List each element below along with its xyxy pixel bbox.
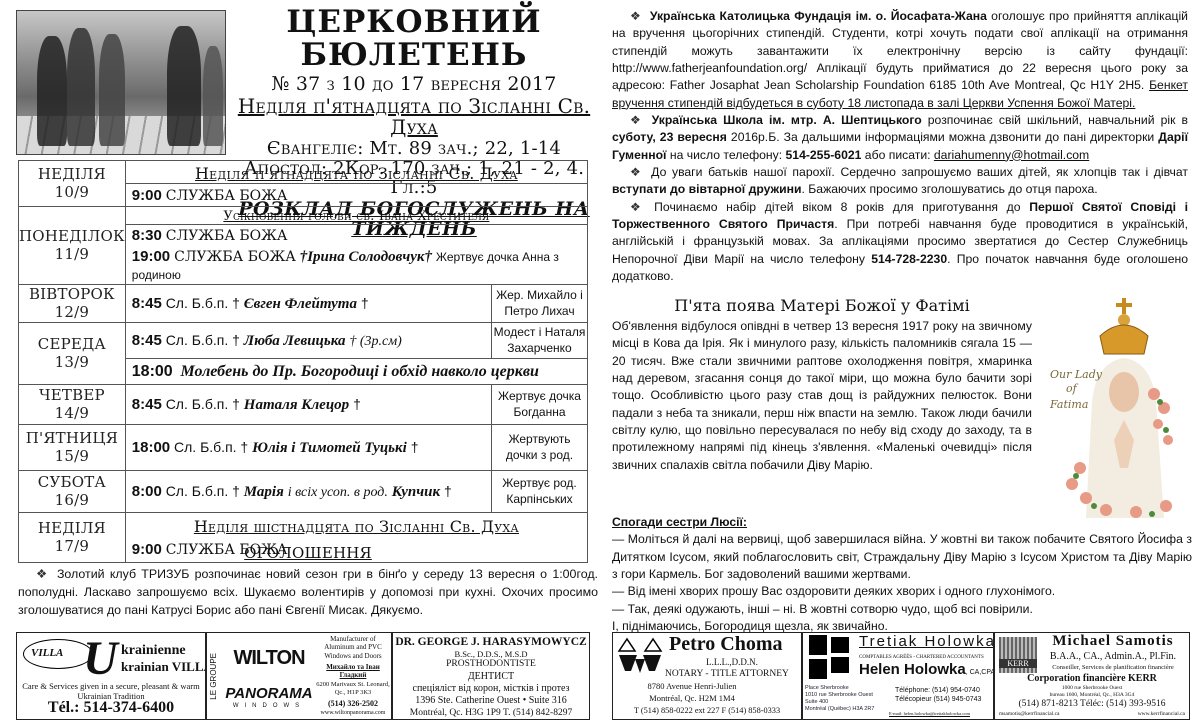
kerr-logo: KERR <box>999 659 1037 668</box>
advisor-name: Michael Samotis <box>1039 633 1187 650</box>
villa-line2: krainian VILLA <box>121 659 206 675</box>
announcement-school: ❖Українська Школа ім. мтр. А. Шептицьког… <box>612 112 1188 164</box>
accountant-credentials: , CA,CPA <box>966 669 994 676</box>
address-line: 1010 rue Sherbrooke Ouest <box>805 692 885 699</box>
schedule-row-sunday: НЕДІЛЯ10/9 Неділя п'ятнадцята по Зісланн… <box>19 161 588 184</box>
address-line: Montréal (Québec) H3A 2R7 <box>805 706 885 713</box>
donor: Жертвує дочка Богданна <box>492 385 588 425</box>
feast-title: Неділя шістнадцята по Зісланні Св. Духа <box>125 513 587 538</box>
intention-name: Юлія і Тимотей Туцькі <box>252 440 407 456</box>
feast-title: Неділя п'ятнадцята по Зісланні Св. Духа <box>125 161 587 184</box>
ad-petro-choma: Petro Choma L.L.L.,D.D.N. NOTARY - TITLE… <box>612 632 802 720</box>
weekly-schedule-table: НЕДІЛЯ10/9 Неділя п'ятнадцята по Зісланн… <box>18 160 588 563</box>
ad-dentist-harasymowycz: DR. GEORGE J. HARASYMOWYCZ B.Sc., D.D.S.… <box>392 632 590 720</box>
announcement-text: Починаємо набір дітей віком 8 років для … <box>654 200 1029 214</box>
diamond-bullet-icon: ❖ <box>630 9 642 23</box>
service-time: 8:30 <box>132 227 162 244</box>
windows-label: WINDOWS <box>223 703 315 709</box>
address-line: Suite 400 <box>805 699 885 706</box>
service-time: 8:45 <box>132 295 162 312</box>
firm-subtitle: COMPTABLES AGRÉÉS - CHARTERED ACCOUNTANT… <box>859 655 984 660</box>
donor: Модест і Наталя Захарченко <box>492 323 588 359</box>
right-announcements: ❖Українська Католицька Фундація ім. о. Й… <box>612 8 1188 285</box>
dentist-address: 1396 Ste. Catherine Ouest • Suite 316 <box>393 695 589 707</box>
announcement-text: розпочинає свій шкільний, навчальний рік… <box>922 113 1188 127</box>
donor: Жертвує род. Карпінських <box>492 471 588 513</box>
day-name: ВІВТОРОК <box>29 285 115 303</box>
advisor-website-link[interactable]: www.kerrfinancial.ca <box>1138 711 1185 717</box>
advisor-role: Conseiller, Services de planification fi… <box>1037 664 1189 671</box>
villa-line1: krainienne <box>121 643 186 659</box>
announcement-text: Золотий клуб ТРИЗУБ розпочинає новий сез… <box>18 567 598 617</box>
day-name: П'ЯТНИЦЯ <box>26 429 118 447</box>
service-name: Сл. Б.б.п. † <box>166 396 240 412</box>
day-date: 14/9 <box>55 404 89 422</box>
day-date: 12/9 <box>55 303 89 321</box>
diamond-bullet-icon: ❖ <box>630 113 644 127</box>
intention-name: Марія <box>244 484 284 500</box>
schedule-row-saturday: СУБОТА16/9 8:00 Сл. Б.б.п. † Марія і всі… <box>19 471 588 513</box>
advisor-phone: (514) 871-8213 Téléc: (514) 393-9516 <box>995 699 1189 709</box>
service-name: СЛУЖБА БОЖА <box>166 188 288 204</box>
svg-text:Fatima: Fatima <box>1049 398 1088 411</box>
memoir-line: — Так, деякі одужають, інші – ні. В жовт… <box>612 601 1192 618</box>
wilton-description: Manufacturer of Aluminum and PVC Windows… <box>315 635 391 660</box>
ad-villa-ukrainienne: VILLA U krainienne krainian VILLA Care &… <box>16 632 206 720</box>
announcements-title: ОГОЛОШЕННЯ <box>18 544 598 562</box>
intention-name: Євген Флейтута <box>244 296 357 312</box>
accountant-name: Helen Holowka <box>859 661 966 678</box>
corporation-name: Corporation financière KERR <box>995 673 1189 684</box>
notary-name: Petro Choma <box>669 633 783 656</box>
service-name: СЛУЖБА БОЖА <box>174 249 296 265</box>
announcement-altar-servers: ❖До уваги батьків нашої парохії. Сердечн… <box>612 164 1188 199</box>
service-time: 18:00 <box>132 439 170 456</box>
day-date: 15/9 <box>55 447 89 465</box>
service-time: 18:00 <box>132 363 173 380</box>
intention-name: †Ірина Солодовчук† <box>300 249 432 265</box>
day-date: 10/9 <box>55 183 89 201</box>
firm-fax: Télécopieur (514) 945-0743 <box>895 696 981 703</box>
wilton-logo: WILTON <box>223 647 315 670</box>
ad-tretiak-holowka: Tretiak Holowkainc. COMPTABLES AGRÉÉS - … <box>802 632 994 720</box>
wilton-address: 6200 Marivaux St. Leonard, Qc., H1P 3K3 <box>315 681 391 697</box>
dentist-degrees: B.Sc., D.D.S., M.S.D <box>393 649 589 659</box>
intention-name: Наталя Клецор <box>244 397 349 413</box>
announcement-text: До уваги батьків нашої парохії. Сердечно… <box>651 165 1188 179</box>
day-name: СУБОТА <box>38 473 106 491</box>
day-date: 13/9 <box>55 353 89 371</box>
announcement-text: або писати: <box>861 148 933 162</box>
dentist-title-uk: ДЕНТИСТ <box>393 671 589 683</box>
school-email-link[interactable]: dariahumenny@hotmail.com <box>934 148 1089 162</box>
diamond-bullet-icon: ❖ <box>630 165 643 179</box>
day-name: НЕДІЛЯ <box>38 519 106 537</box>
lucia-memoirs: Спогади сестри Люсії: — Моліться й далі … <box>612 514 1192 635</box>
sisters-phone: 514-728-2230 <box>871 252 947 266</box>
notary-degrees: L.L.L.,D.D.N. <box>663 657 801 667</box>
dentist-title-fr: PROSTHODONTISTE <box>393 659 589 671</box>
notary-phone: T (514) 858-0222 ext 227 F (514) 858-033… <box>613 706 801 715</box>
announcement-text: . Бажаючих просимо зголошуватись до отця… <box>802 182 1098 196</box>
intention-name: Люба Левицька <box>244 333 346 349</box>
service-time: 9:00 <box>132 187 162 204</box>
service-name: Сл. Б.б.п. † <box>174 439 248 455</box>
service-time: 8:45 <box>132 332 162 349</box>
wilton-website[interactable]: www.wiltonpanorama.com <box>315 710 391 716</box>
intention-suffix: † <box>353 396 361 412</box>
announcement-golden-club: ❖Золотий клуб ТРИЗУБ розпочинає новий се… <box>18 566 598 620</box>
dentist-name: DR. GEORGE J. HARASYMOWYCZ <box>393 635 589 649</box>
service-name: СЛУЖБА БОЖА <box>166 228 288 244</box>
day-name: НЕДІЛЯ <box>38 165 106 183</box>
schedule-row-tuesday: ВІВТОРОК12/9 8:45 Сл. Б.б.п. † Євген Фле… <box>19 285 588 323</box>
advisor-degrees: B.A.A., CA., Admin.A., Pl.Fin. <box>1039 651 1187 662</box>
schedule-row-monday: ПОНЕДІЛОК11/9 Усікновення голови св. Іва… <box>19 207 588 225</box>
memoirs-title: Спогади сестри Люсії: <box>612 514 1192 531</box>
feast-title: Усікновення голови св. Івана Хрестителя <box>125 207 587 225</box>
memoir-line: — Моліться й далі на вервиці, щоб заверш… <box>612 531 1192 583</box>
intention-detail: і всіх усоп. в род. <box>288 485 388 500</box>
intention-family: Купчик <box>392 484 440 500</box>
dentist-specialty: спеціяліст від корон, містків і протез <box>393 683 589 695</box>
service-time: 19:00 <box>132 248 170 265</box>
diamond-bullet-icon: ❖ <box>630 200 646 214</box>
firm-email-link[interactable]: E-mail: helen.holowka@tretiakholowka.com <box>889 711 970 716</box>
notary-address: 8780 Avenue Henri-Julien <box>613 681 771 691</box>
announcement-first-communion: ❖Починаємо набір дітей віком 8 років для… <box>612 199 1188 286</box>
address-line: bureau 1600, Montréal, Qc., H3A 3G4 <box>995 692 1189 698</box>
announcement-foundation: ❖Українська Католицька Фундація ім. о. Й… <box>612 8 1188 112</box>
day-name: ПОНЕДІЛОК <box>19 227 125 245</box>
service-name: Сл. Б.б.п. † <box>166 483 240 499</box>
donor: Жертвують дочки з род. <box>492 425 588 471</box>
firm-name: Tretiak Holowka <box>859 633 994 650</box>
diamond-bullet-icon: ❖ <box>36 567 49 581</box>
service-name: Сл. Б.б.п. † <box>166 332 240 348</box>
school-name: Українська Школа ім. мтр. А. Шептицького <box>652 113 922 127</box>
intention-suffix: † <box>361 295 369 311</box>
schedule-row-wednesday: СЕРЕДА13/9 8:45 Сл. Б.б.п. † Люба Левиць… <box>19 323 588 359</box>
dentist-city-phone: Montréal, Qc. H3G 1P9 T. (514) 842-8297 <box>393 708 589 720</box>
address-line: Place Sherbrooke <box>805 685 885 692</box>
service-name: Сл. Б.б.п. † <box>166 295 240 311</box>
schedule-row-thursday: ЧЕТВЕР14/9 8:45 Сл. Б.б.п. † Наталя Клец… <box>19 385 588 425</box>
day-name: ЧЕТВЕР <box>39 386 105 404</box>
villa-label: VILLA <box>31 647 63 659</box>
villa-u-logo: U <box>83 635 118 683</box>
wilton-phone: (514) 326-2502 <box>315 699 391 708</box>
villa-phone: Tél.: 514-374-6400 <box>17 699 205 717</box>
moleben-description: Молебень до Пр. Богородиці і обхід навко… <box>180 363 538 380</box>
memoir-line: — Від імені хворих прошу Вас оздоровити … <box>612 583 1192 600</box>
announcement-text: на число телефону: <box>666 148 785 162</box>
header-engraving-image <box>16 10 226 155</box>
bulletin-title: ЦЕРКОВНИЙ БЮЛЕТЕНЬ <box>228 6 600 71</box>
school-phone: 514-255-6021 <box>786 148 862 162</box>
intention-suffix: † <box>411 439 419 455</box>
school-start-date: суботу, 23 вересня <box>612 130 727 144</box>
service-time: 8:00 <box>132 483 162 500</box>
issue-number: № 37 з 10 до 17 вересня 2017 <box>228 75 600 95</box>
schedule-row-friday: П'ЯТНИЦЯ15/9 18:00 Сл. Б.б.п. † Юлія і Т… <box>19 425 588 471</box>
notary-title: NOTARY - TITLE ATTORNEY <box>653 669 801 679</box>
address-line: 1000 rue Sherbrooke Ouest <box>995 685 1189 691</box>
announcement-text: 2016р.Б. За дальшими інформаціями можна … <box>727 130 1158 144</box>
intention-suffix: † <box>444 483 452 499</box>
intention-suffix: † (3р.см) <box>349 334 401 349</box>
gospel-reading: Євангеліє: Мт. 89 зач.; 22, 1-14 <box>228 140 600 159</box>
our-lady-of-fatima-image: Our Lady of Fatima <box>1036 292 1194 518</box>
donor: Жер. Михайло і Петро Лихач <box>492 285 588 323</box>
svg-text:Our Lady: Our Lady <box>1050 368 1103 381</box>
service-time: 8:45 <box>132 396 162 413</box>
altar-servers-highlight: вступати до вівтарної дружини <box>612 182 802 196</box>
fatima-body-text: Об'явлення відбулося опівдні в четвер 13… <box>612 318 1032 474</box>
day-name: СЕРЕДА <box>38 335 106 353</box>
day-date: 11/9 <box>55 245 89 263</box>
sunday-name: Неділя п'ятнадцята по Зісланні Св. Духа <box>228 96 600 138</box>
wilton-owners: Михайло та Іван Гладкий <box>315 663 391 679</box>
schedule-row-next-sunday: НЕДІЛЯ17/9 Неділя шістнадцята по Зісланн… <box>19 513 588 538</box>
wilton-group-label: LE GROUPE <box>209 653 221 700</box>
day-date: 16/9 <box>55 491 89 509</box>
foundation-name: Українська Католицька Фундація ім. о. Йо… <box>650 9 987 23</box>
advisor-email-link[interactable]: msamotis@kerrfinancial.ca <box>999 711 1060 717</box>
ad-wilton-panorama: LE GROUPE WILTON PANORAMA WINDOWS Manufa… <box>206 632 392 720</box>
notary-city: Montréal, Qc. H2M 1M4 <box>613 693 771 703</box>
fatima-section-title: П'ята поява Матері Божої у Фатімі <box>612 296 1032 315</box>
firm-telephone: Téléphone: (514) 954-0740 <box>895 687 980 694</box>
panorama-logo: PANORAMA <box>223 685 315 702</box>
ad-michael-samotis: KERR Michael Samotis B.A.A., CA., Admin.… <box>994 632 1190 720</box>
